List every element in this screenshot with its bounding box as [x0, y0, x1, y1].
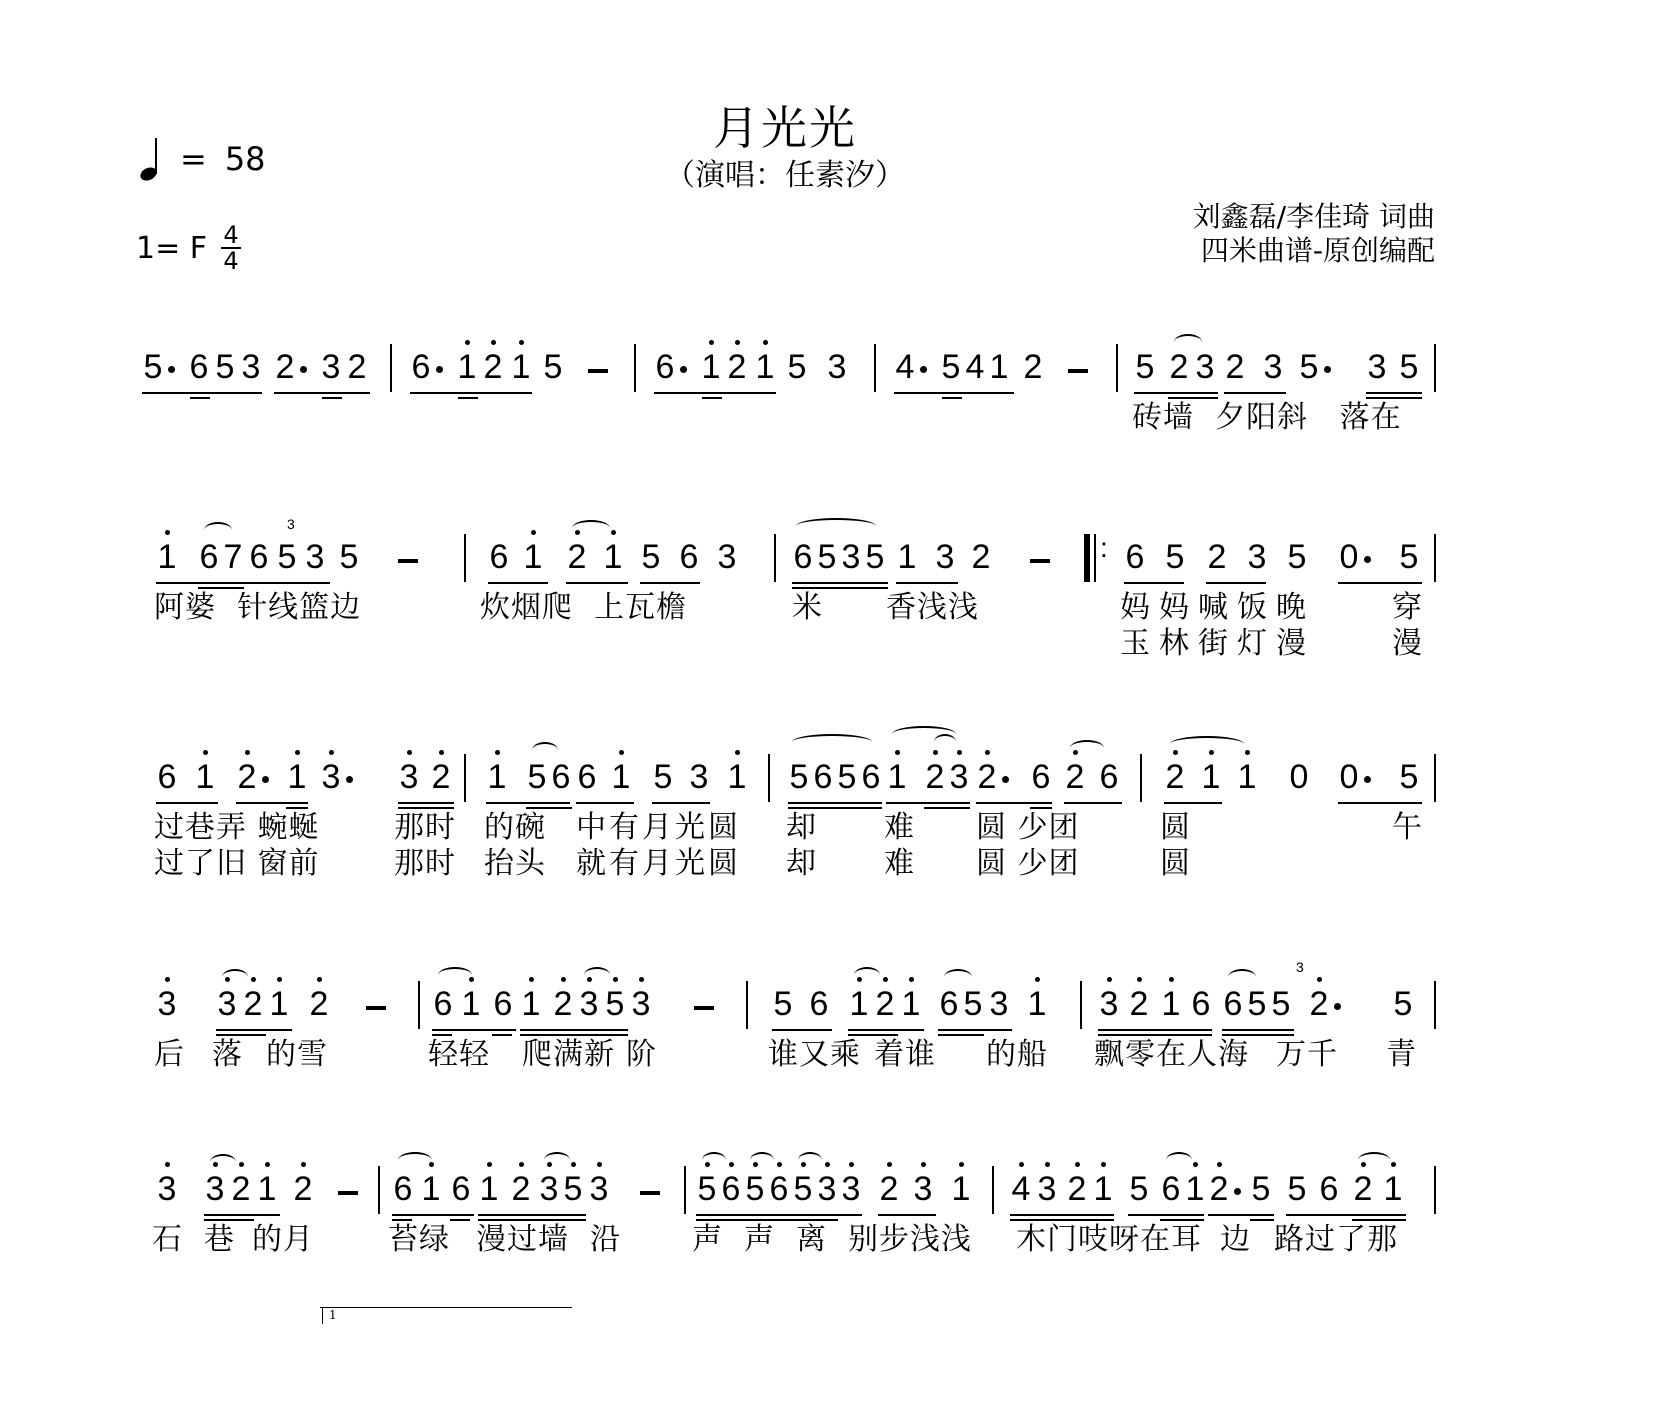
triplet-mark: 3	[287, 516, 295, 532]
lyrics-verse-1: 的月	[252, 1214, 314, 1258]
score-system-5: 3 321 2 61 61 235 3 56 56 53 3 23 1 43 2…	[140, 1160, 1440, 1220]
notation-row: 5 653 2 32 6 121 5 6 121 53 4 541 2 523 …	[140, 338, 1440, 398]
lyrics-verse-1: 轻轻	[428, 1029, 490, 1073]
lyrics-verse-1: 声	[744, 1214, 775, 1258]
tempo-equals: =	[180, 140, 207, 178]
lyrics-verse-1: 着谁	[874, 1029, 936, 1073]
lyrics-verse-1: 米	[792, 582, 823, 626]
lyrics-verse-1: 谁又乘	[768, 1029, 861, 1073]
lyrics-verse-2: 抬头	[484, 838, 546, 882]
lyrics-verse-1: 爬满新	[522, 1029, 615, 1073]
lyrics-verse-1: 阶	[626, 1029, 657, 1073]
lyrics-verse-1: 路过了那	[1274, 1214, 1398, 1258]
lyrics-verse-2: 圆 少团	[976, 838, 1080, 882]
lyrics-verse-1: 苔绿	[388, 1214, 450, 1258]
lyrics-verse-1: 香浅浅	[886, 582, 979, 626]
footnote-rule	[320, 1307, 572, 1308]
lyrics-verse-2: 却	[786, 838, 817, 882]
lyrics-verse-2: 过了旧 窗前	[154, 838, 320, 882]
time-sig-top: 4	[223, 224, 238, 246]
lyrics-verse-2: 玉林街灯漫	[1120, 618, 1315, 662]
lyrics-verse-1: 阿婆 针线篮边	[154, 582, 361, 626]
score-system-3: 61 21 3 32 1 56 61 531 5656 1 23 2 6 26 …	[140, 748, 1440, 808]
score-system-2: 1 67 653 3 5 61 21 563 6535 132 : 65 23 …	[140, 528, 1440, 588]
grace-note: 3	[1296, 959, 1304, 975]
credits: 刘鑫磊/李佳琦 词曲 四米曲谱-原创编配	[1193, 200, 1435, 268]
key-label: 1= F	[136, 231, 207, 266]
lyrics-verse-1: 万千	[1276, 1029, 1338, 1073]
composer-credit: 刘鑫磊/李佳琦 词曲	[1193, 200, 1435, 234]
score-system-4: 3 321 2 61 61 235 3 56 121 653 1 32 16 6…	[140, 975, 1440, 1035]
lyrics-verse-1: 后	[154, 1029, 185, 1073]
lyrics-verse-1: 砖墙 夕阳斜 落在	[1132, 392, 1402, 436]
lyrics-verse-1: 炊烟爬 上瓦檐	[480, 582, 687, 626]
key-signature: 1= F 4 4	[136, 224, 241, 272]
lyrics-verse-1: 飘零在人海	[1094, 1029, 1249, 1073]
notation-row: 1 67 653 3 5 61 21 563 6535 132 : 65 23 …	[140, 528, 1440, 588]
lyrics-verse-1: 沿	[590, 1214, 621, 1258]
lyrics-verse-1: 离	[796, 1214, 827, 1258]
time-signature: 4 4	[221, 224, 241, 272]
score-system-1: 5 653 2 32 6 121 5 6 121 53 4 541 2 523 …	[140, 338, 1440, 398]
lyrics-verse-2: 就有月光圆	[576, 838, 741, 882]
notation-row: 3 321 2 61 61 235 3 56 56 53 3 23 1 43 2…	[140, 1160, 1440, 1220]
quarter-note-icon	[140, 138, 162, 180]
notation-row: 61 21 3 32 1 56 61 531 5656 1 23 2 6 26 …	[140, 748, 1440, 808]
footnote-mark: 1	[322, 1308, 337, 1324]
arranger-credit: 四米曲谱-原创编配	[1193, 234, 1435, 268]
lyrics-verse-1: 声	[692, 1214, 723, 1258]
tempo-marking: = 58	[140, 138, 266, 180]
lyrics-verse-1: 边	[1220, 1214, 1251, 1258]
lyrics-verse-1: 的雪	[266, 1029, 328, 1073]
notation-row: 3 321 2 61 61 235 3 56 121 653 1 32 16 6…	[140, 975, 1440, 1035]
lyrics-verse-2: 那时	[394, 838, 456, 882]
lyrics-verse-2: 圆	[1160, 838, 1191, 882]
lyrics-verse-1: 漫过墙	[476, 1214, 569, 1258]
time-sig-bottom: 4	[223, 250, 238, 272]
lyrics-verse-1: 木门吱呀在耳	[1016, 1214, 1202, 1258]
lyrics-verse-1: 的船	[986, 1029, 1048, 1073]
tempo-value: 58	[225, 140, 266, 178]
lyrics-verse-2: 漫	[1392, 618, 1423, 662]
lyrics-verse-2: 难	[884, 838, 915, 882]
lyrics-verse-1: 午	[1392, 802, 1423, 846]
lyrics-verse-1: 巷	[204, 1214, 235, 1258]
lyrics-verse-1: 别步浅浅	[848, 1214, 972, 1258]
lyrics-verse-1: 石	[152, 1214, 183, 1258]
lyrics-verse-1: 青	[1386, 1029, 1417, 1073]
lyrics-verse-1: 落	[212, 1029, 243, 1073]
